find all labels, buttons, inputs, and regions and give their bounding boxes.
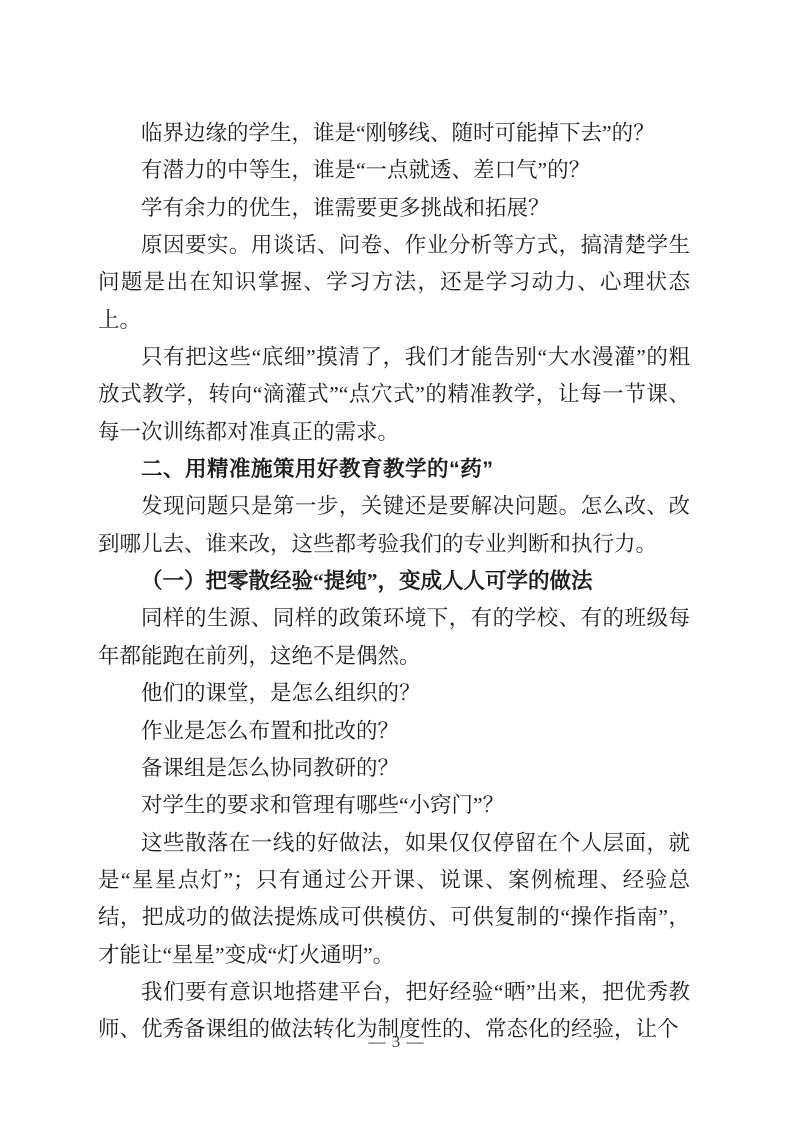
paragraph-mid-students: 有潜力的中等生，谁是“一点就透、差口气”的？ (98, 152, 690, 189)
paragraph-question-management: 对学生的要求和管理有哪些“小窍门”？ (98, 787, 690, 824)
paragraph-question-classroom: 他们的课堂，是怎么组织的？ (98, 675, 690, 712)
paragraph-critical-students: 临界边缘的学生，谁是“刚够线、随时可能掉下去”的？ (98, 115, 690, 152)
section-heading: 二、用精准施策用好教育教学的“药” (98, 451, 690, 488)
paragraph-solve-problems: 发现问题只是第一步，关键还是要解决问题。怎么改、改到哪儿去、谁来改，这些都考验我… (98, 488, 690, 563)
paragraph-find-real-causes: 原因要实。用谈话、问卷、作业分析等方式，搞清楚学生问题是出在知识掌握、学习方法，… (98, 227, 690, 339)
paragraph-same-conditions: 同样的生源、同样的政策环境下，有的学校、有的班级每年都能跑在前列，这绝不是偶然。 (98, 600, 690, 675)
page-footer: — 3 — (0, 1030, 793, 1054)
paragraph-top-students: 学有余力的优生，谁需要更多挑战和拓展？ (98, 190, 690, 227)
paragraph-refine-practices: 这些散落在一线的好做法，如果仅仅停留在个人层面，就是“星星点灯”；只有通过公开课… (98, 825, 690, 974)
subsection-heading: （一）把零散经验“提纯”，变成人人可学的做法 (98, 563, 690, 600)
paragraph-question-teamwork: 备课组是怎么协同教研的？ (98, 750, 690, 787)
paragraph-precise-teaching: 只有把这些“底细”摸清了，我们才能告别“大水漫灌”的粗放式教学，转向“滴灌式”“… (98, 339, 690, 451)
page-number: — 3 — (369, 1032, 425, 1051)
document-page: 临界边缘的学生，谁是“刚够线、随时可能掉下去”的？ 有潜力的中等生，谁是“一点就… (0, 0, 793, 1122)
document-body: 临界边缘的学生，谁是“刚够线、随时可能掉下去”的？ 有潜力的中等生，谁是“一点就… (98, 115, 690, 1049)
paragraph-question-homework: 作业是怎么布置和批改的？ (98, 713, 690, 750)
